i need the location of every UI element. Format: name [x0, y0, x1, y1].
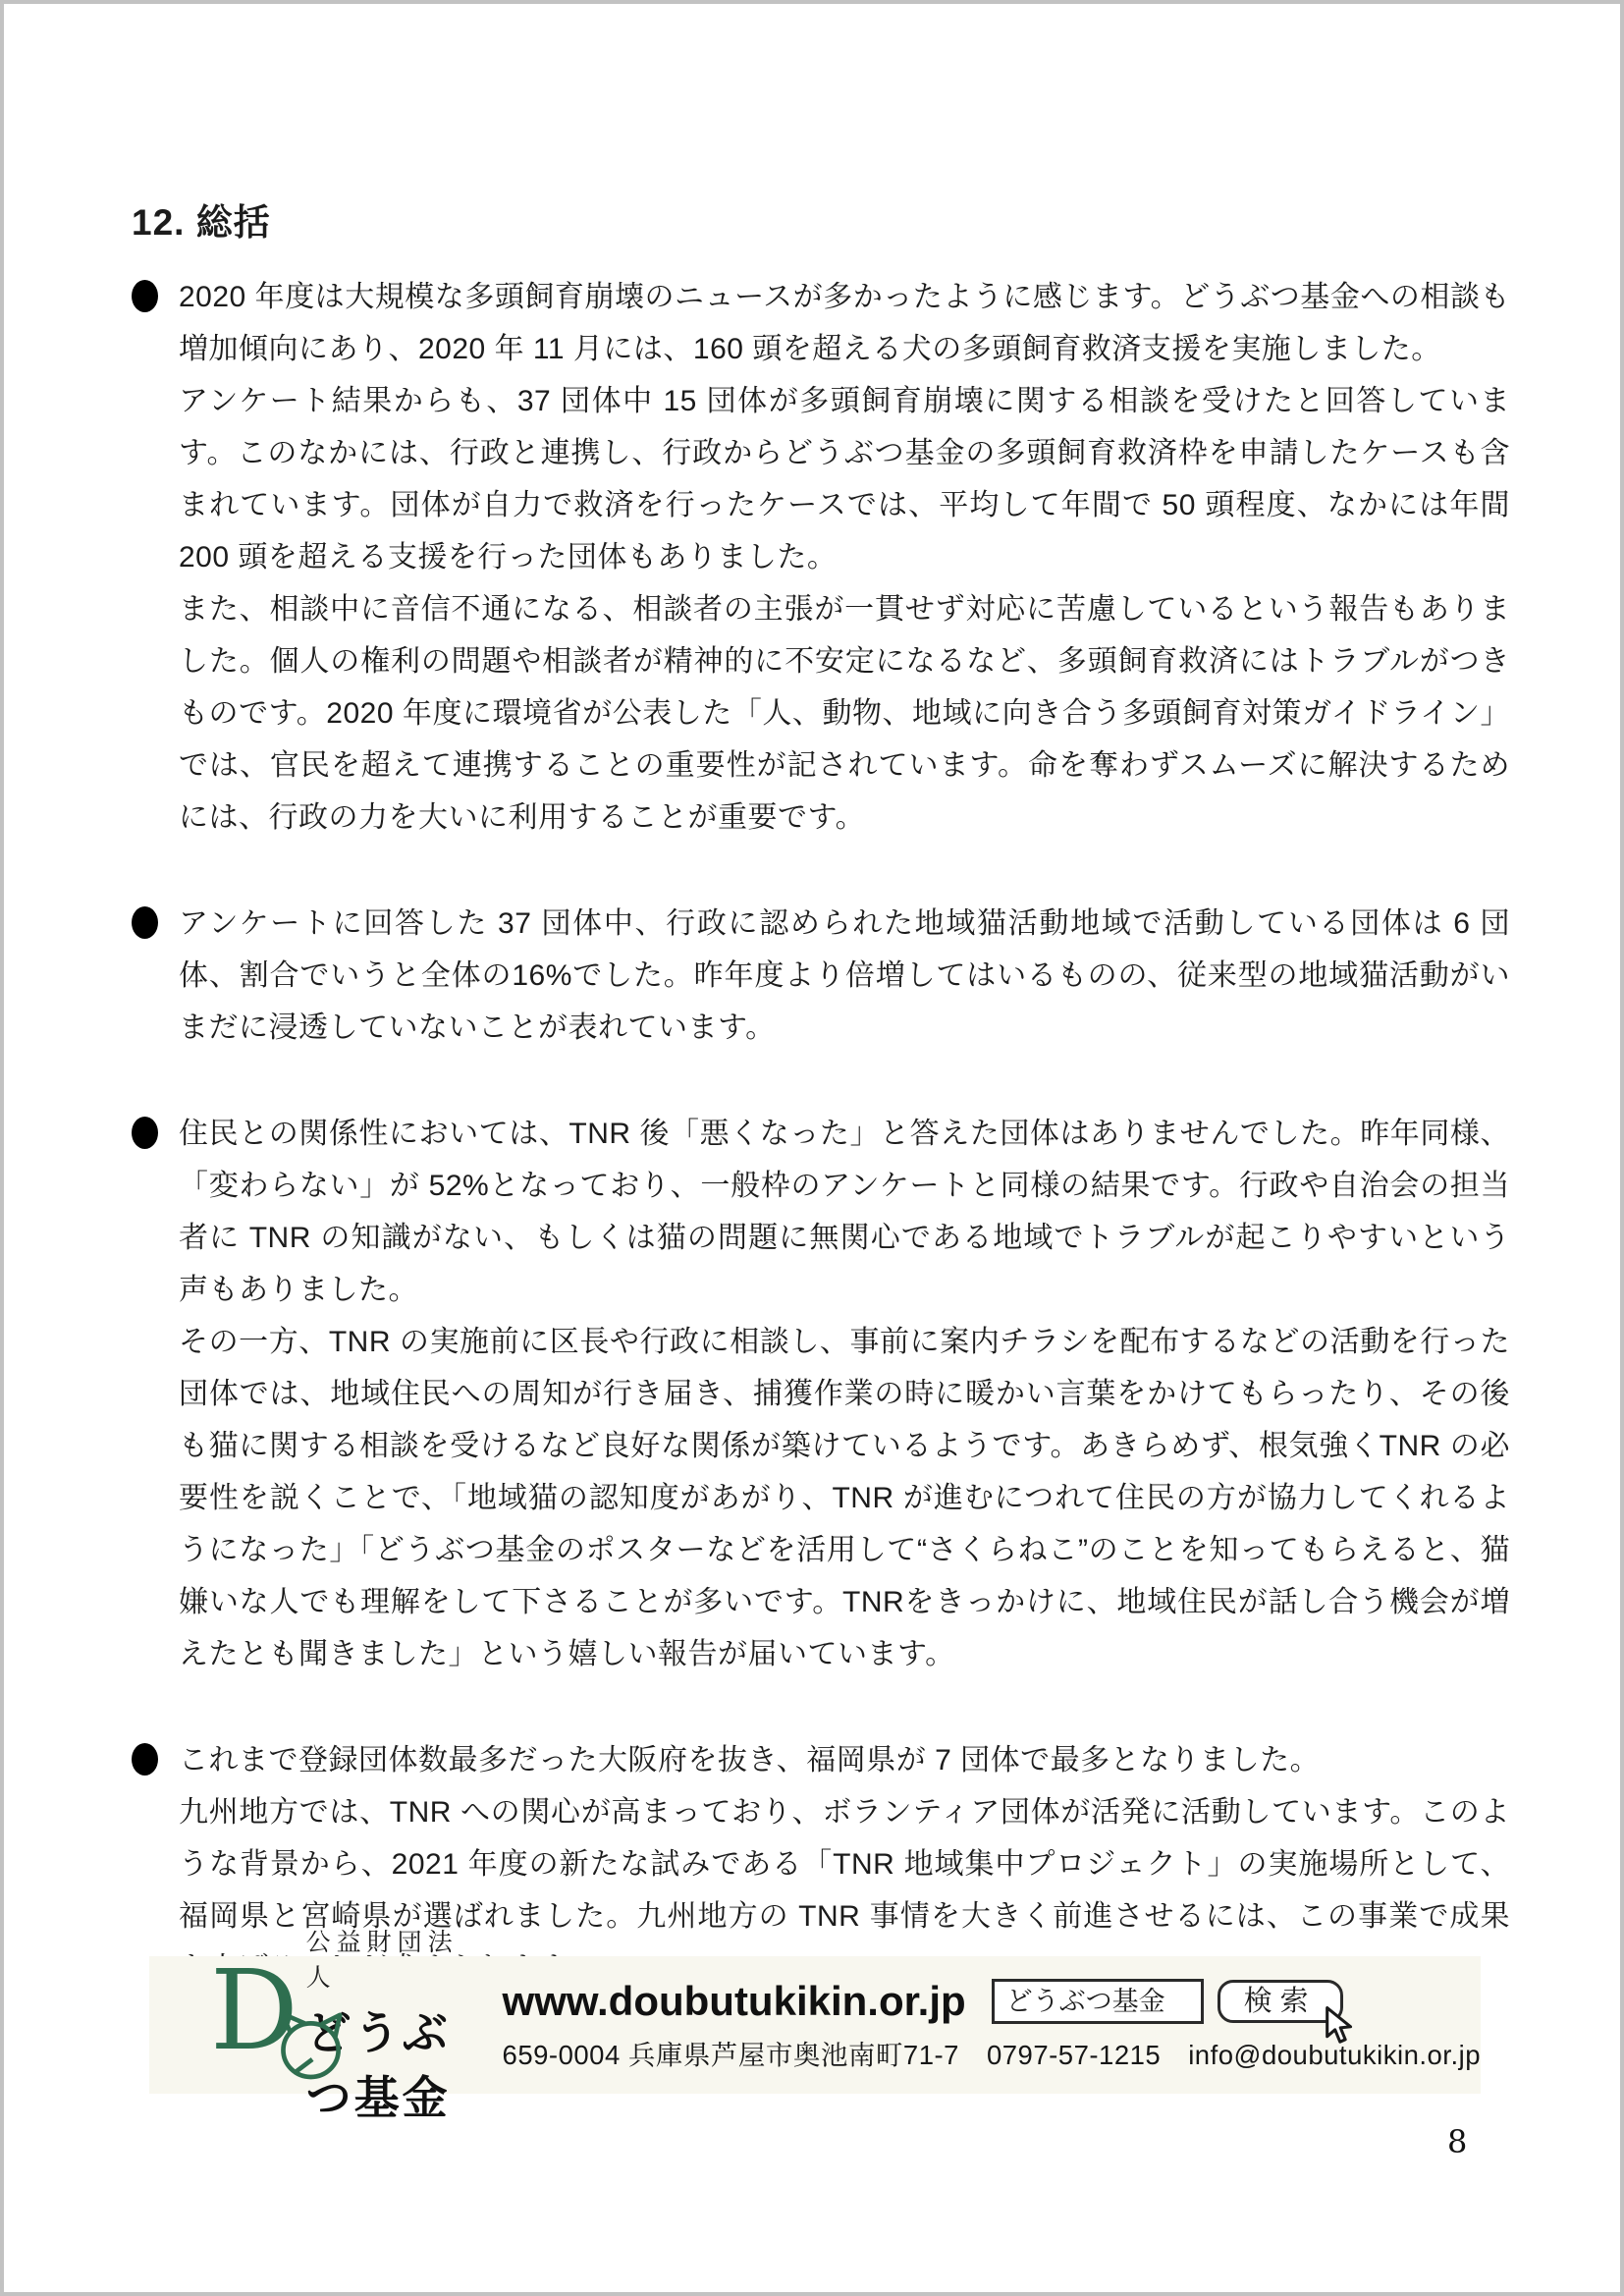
search-button-label: 検索	[1244, 1986, 1317, 2017]
paragraph: 住民との関係性においては、TNR 後「悪くなった」と答えた団体はありませんでした…	[179, 1108, 1510, 1316]
document-page: 12. 総括 2020 年度は大規模な多頭飼育崩壊のニュースが多かったように感じ…	[0, 0, 1624, 2296]
org-type-label: 公益財団法人	[306, 1923, 467, 1994]
bullet-item: 住民との関係性においては、TNR 後「悪くなった」と答えた団体はありませんでした…	[132, 1108, 1510, 1680]
paragraph: また、相談中に音信不通になる、相談者の主張が一貫せず対応に苦慮しているという報告…	[179, 583, 1510, 844]
website-row: www.doubutukikin.or.jp どうぶつ基金 検索	[503, 1978, 1481, 2025]
paragraph: 2020 年度は大規模な多頭飼育崩壊のニュースが多かったように感じます。どうぶつ…	[179, 271, 1510, 375]
bullet-body: 住民との関係性においては、TNR 後「悪くなった」と答えた団体はありませんでした…	[179, 1108, 1510, 1680]
bullet-item: アンケートに回答した 37 団体中、行政に認められた地域猫活動地域で活動している…	[132, 898, 1510, 1054]
page-number: 8	[1447, 2123, 1467, 2160]
search-input[interactable]: どうぶつ基金	[992, 1979, 1204, 2024]
cat-logo-icon: D	[210, 1970, 293, 2080]
bullet-icon	[132, 1743, 158, 1776]
bullet-icon	[132, 1117, 158, 1149]
bullet-icon	[132, 280, 158, 312]
bullet-body: 2020 年度は大規模な多頭飼育崩壊のニュースが多かったように感じます。どうぶつ…	[179, 271, 1510, 844]
org-logo: D 公益財団法人 どうぶつ基金	[210, 1923, 467, 2127]
paragraph: これまで登録団体数最多だった大阪府を抜き、福岡県が 7 団体で最多となりました。	[179, 1734, 1510, 1786]
paragraph: その一方、TNR の実施前に区長や行政に相談し、事前に案内チラシを配布するなどの…	[179, 1316, 1510, 1680]
cursor-arrow-icon	[1323, 2006, 1356, 2046]
cat-head-icon	[271, 2007, 348, 2084]
bullet-icon	[132, 906, 158, 939]
website-url-link[interactable]: www.doubutukikin.or.jp	[503, 1978, 966, 2025]
bullet-item: 2020 年度は大規模な多頭飼育崩壊のニュースが多かったように感じます。どうぶつ…	[132, 271, 1510, 844]
page-content: 12. 総括 2020 年度は大規模な多頭飼育崩壊のニュースが多かったように感じ…	[132, 192, 1510, 2049]
footer-banner: D 公益財団法人 どうぶつ基金 www.doubutukikin.or.jp	[149, 1956, 1481, 2094]
paragraph: アンケート結果からも、37 団体中 15 団体が多頭飼育崩壊に関する相談を受けた…	[179, 375, 1510, 583]
contact-block: www.doubutukikin.or.jp どうぶつ基金 検索 659-000…	[503, 1978, 1481, 2072]
section-title: 12. 総括	[132, 192, 1510, 246]
paragraph: アンケートに回答した 37 団体中、行政に認められた地域猫活動地域で活動している…	[179, 898, 1510, 1054]
bullet-body: アンケートに回答した 37 団体中、行政に認められた地域猫活動地域で活動している…	[179, 898, 1510, 1054]
search-button[interactable]: 検索	[1218, 1980, 1343, 2023]
